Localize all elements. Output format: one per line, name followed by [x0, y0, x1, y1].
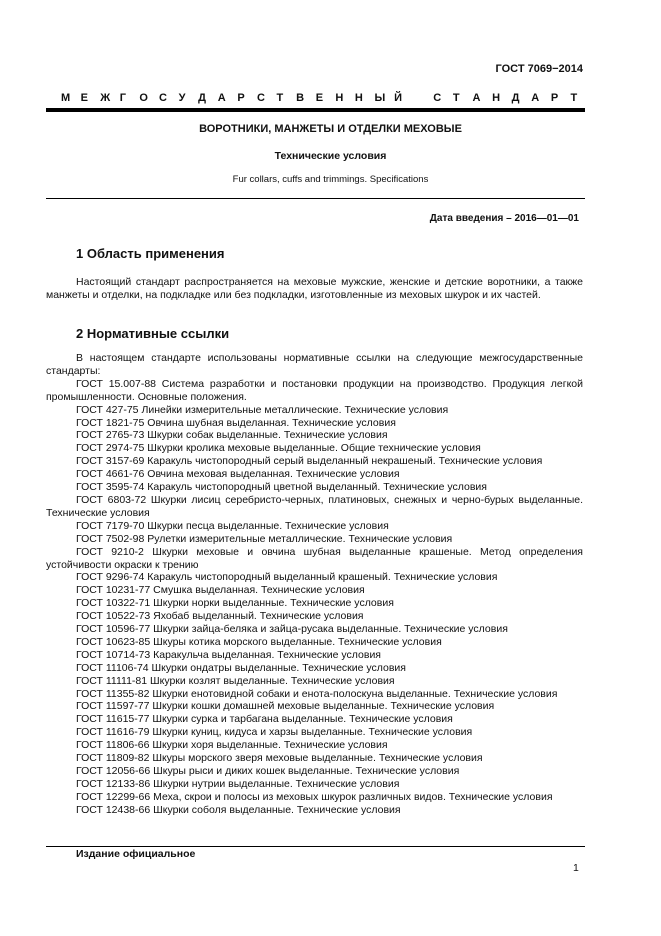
reference-item: ГОСТ 12438-66 Шкурки соболя выделанные. …	[46, 804, 583, 817]
reference-item: ГОСТ 10596-77 Шкурки зайца-беляка и зайц…	[46, 623, 583, 636]
reference-item: ГОСТ 11615-77 Шкурки сурка и тарбагана в…	[46, 713, 583, 726]
references-list: В настоящем стандарте использованы норма…	[46, 352, 583, 817]
reference-item: ГОСТ 10522-73 Яхобаб выделанный. Техниче…	[46, 610, 583, 623]
footer-rule	[46, 846, 585, 847]
reference-item: ГОСТ 11809-82 Шкуры морского зверя мехов…	[46, 752, 583, 765]
reference-item: ГОСТ 3595-74 Каракуль чистопородный цвет…	[46, 481, 583, 494]
reference-item: ГОСТ 3157-69 Каракуль чистопородный серы…	[46, 455, 583, 468]
header-thick-rule	[46, 108, 585, 112]
introduction-date: Дата введения – 2016—01—01	[430, 213, 579, 224]
reference-item: ГОСТ 7502-98 Рулетки измерительные метал…	[46, 533, 583, 546]
reference-item: ГОСТ 11106-74 Шкурки ондатры выделанные.…	[46, 662, 583, 675]
references-intro: В настоящем стандарте использованы норма…	[46, 352, 583, 378]
section-heading-scope: 1 Область применения	[76, 246, 225, 261]
reference-item: ГОСТ 12299-66 Меха, скрои и полосы из ме…	[46, 791, 583, 804]
interstate-standard-label: МЕЖГОСУДАРСТВЕННЫЙ СТАНДАРТ	[61, 92, 581, 104]
section-scope-paragraph: Настоящий стандарт распространяется на м…	[46, 276, 583, 302]
section-heading-references: 2 Нормативные ссылки	[76, 326, 229, 341]
reference-item: ГОСТ 7179-70 Шкурки песца выделанные. Те…	[46, 520, 583, 533]
reference-item: ГОСТ 10623-85 Шкуры котика морского выде…	[46, 636, 583, 649]
official-edition-label: Издание официальное	[76, 848, 195, 860]
header-thin-rule	[46, 198, 585, 199]
document-subtitle: Технические условия	[0, 150, 661, 162]
reference-item: ГОСТ 11616-79 Шкурки куниц, кидуса и хар…	[46, 726, 583, 739]
reference-item: ГОСТ 2765-73 Шкурки собак выделанные. Те…	[46, 429, 583, 442]
reference-item: ГОСТ 9210-2 Шкурки меховые и овчина шубн…	[46, 546, 583, 572]
reference-item: ГОСТ 10714-73 Каракульча выделанная. Тех…	[46, 649, 583, 662]
reference-item: ГОСТ 427-75 Линейки измерительные металл…	[46, 404, 583, 417]
reference-item: ГОСТ 15.007-88 Система разработки и пост…	[46, 378, 583, 404]
reference-item: ГОСТ 2974-75 Шкурки кролика меховые выде…	[46, 442, 583, 455]
document-code: ГОСТ 7069−2014	[496, 63, 583, 75]
reference-item: ГОСТ 6803-72 Шкурки лисиц серебристо-чер…	[46, 494, 583, 520]
reference-item: ГОСТ 11111-81 Шкурки козлят выделанные. …	[46, 675, 583, 688]
reference-item: ГОСТ 12056-66 Шкуры рыси и диких кошек в…	[46, 765, 583, 778]
reference-item: ГОСТ 12133-86 Шкурки нутрии выделанные. …	[46, 778, 583, 791]
reference-item: ГОСТ 9296-74 Каракуль чистопородный выде…	[46, 571, 583, 584]
reference-item: ГОСТ 11597-77 Шкурки кошки домашней мехо…	[46, 700, 583, 713]
reference-item: ГОСТ 11355-82 Шкурки енотовидной собаки …	[46, 688, 583, 701]
reference-item: ГОСТ 11806-66 Шкурки хоря выделанные. Те…	[46, 739, 583, 752]
document-title-english: Fur collars, cuffs and trimmings. Specif…	[0, 174, 661, 185]
page-number: 1	[573, 862, 579, 874]
reference-item: ГОСТ 10322-71 Шкурки норки выделанные. Т…	[46, 597, 583, 610]
document-title: ВОРОТНИКИ, МАНЖЕТЫ И ОТДЕЛКИ МЕХОВЫЕ	[0, 123, 661, 135]
reference-item: ГОСТ 4661-76 Овчина меховая выделанная. …	[46, 468, 583, 481]
reference-item: ГОСТ 10231-77 Смушка выделанная. Техниче…	[46, 584, 583, 597]
reference-item: ГОСТ 1821-75 Овчина шубная выделанная. Т…	[46, 417, 583, 430]
